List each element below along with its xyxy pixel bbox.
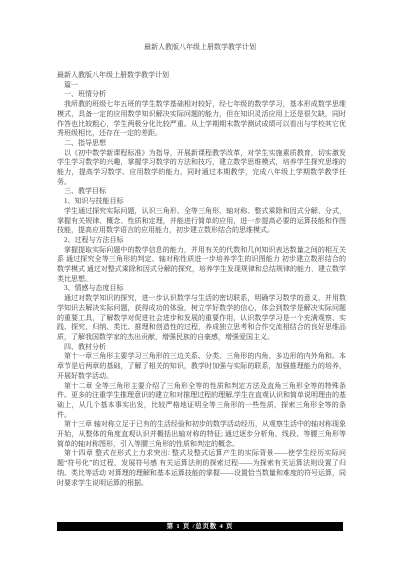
section-3-heading: 三、教学目标	[57, 187, 346, 197]
part-label: 篇一	[57, 81, 346, 91]
objective-3-body: 通过对数学知识的探究，进一步认识数学与生活的密切联系，明确学习数学的意义，并用数…	[57, 294, 346, 343]
chapter-12-paragraph: 第十二章 全等三角形主要介绍了三角形全等的性质和判定方法及直角三角形全等的特殊条…	[57, 382, 346, 421]
document-body: 最新人教版八年级上册数学教学计划 篇一 一、班情分析 我所教的班级七年五班的学生…	[57, 71, 346, 488]
section-1-body: 我所教的班级七年五班的学生数学基础相对较好，经七年级的数学学习，基本形成数学思维…	[57, 100, 346, 139]
objective-2-heading: 2、过程与方法目标	[57, 236, 346, 246]
document-title: 最新人教版八年级上册数学教学计划	[0, 43, 400, 53]
document-page: 最新人教版八年级上册数学教学计划 最新人教版八年级上册数学教学计划 篇一 一、班…	[0, 0, 400, 565]
page-footer-bar: 第 1 页 /总页数 4 页	[57, 522, 343, 531]
chapter-14-paragraph: 第十四章 整式在形式上力求突出: 整式及整式运算产生的实际背景——使学生经历实际…	[57, 449, 346, 488]
section-4-heading: 四、教材分析	[57, 343, 346, 353]
objective-2-body: 掌握提取实际问题中的数学信息的能力，并用有关的代数和几何知识表达数量之间的相互关…	[57, 246, 346, 285]
section-1-heading: 一、班情分析	[57, 90, 346, 100]
objective-3-heading: 3、情感与态度目标	[57, 284, 346, 294]
objective-1-heading: 1、知识与技能目标	[57, 197, 346, 207]
objective-1-body: 学生通过探究实际问题，认识三角形、全等三角形、轴对称、整式乘除和因式分解、分式，…	[57, 207, 346, 236]
section-2-body: 以《初中数学新课程标准》为指导，开展新课程教学改革，对学生实施素质教育，切实激发…	[57, 149, 346, 188]
chapter-11-paragraph: 第十一章三角形主要学习三角形的三边关系、分类、三角形的内角、多边形的内外角和。本…	[57, 352, 346, 381]
doc-subtitle: 最新人教版八年级上册数学教学计划	[57, 71, 346, 81]
chapter-13-paragraph: 第十三章 轴对称立足于已有的生活经验和初步的数学活动经历，从观察生活中的轴对称现…	[57, 420, 346, 449]
section-2-heading: 二、指导思想	[57, 139, 346, 149]
